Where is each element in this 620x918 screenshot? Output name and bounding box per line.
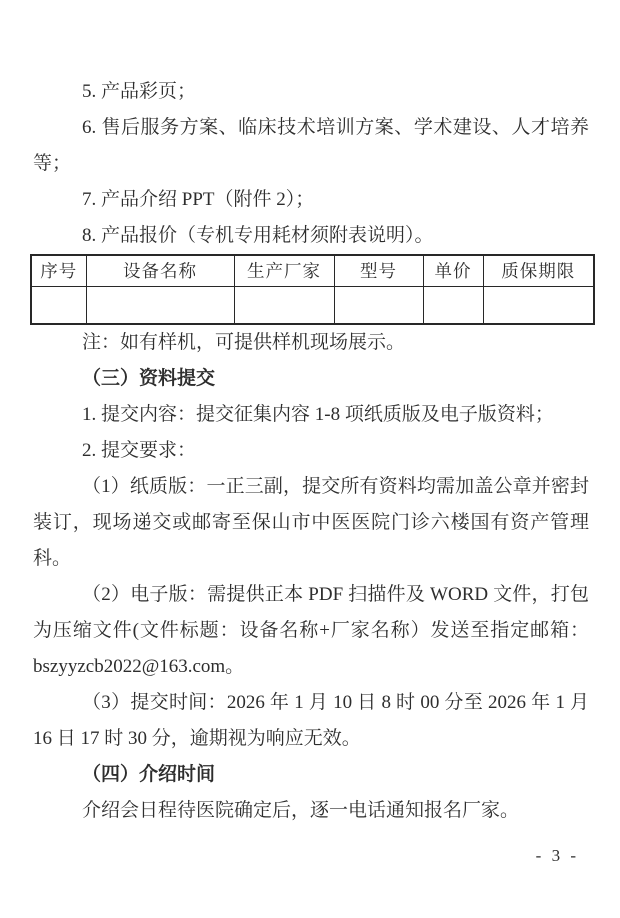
table-row [31,286,594,324]
table-cell-model [334,286,423,324]
table-cell-mfr [234,286,334,324]
sample-note: 注：如有样机，可提供样机现场展示。 [33,325,589,361]
section-3-para-2: 2. 提交要求： [33,433,589,469]
section-3-sub-2-electronic: （2）电子版：需提供正本 PDF 扫描件及 WORD 文件，打包为压缩文件(文件… [33,577,589,685]
table-header-name: 设备名称 [86,255,234,286]
table-header-price: 单价 [423,255,483,286]
table-header-model: 型号 [334,255,423,286]
table-header-mfr: 生产厂家 [234,255,334,286]
table-cell-price [423,286,483,324]
table-cell-seq [31,286,86,324]
list-item-6: 6. 售后服务方案、临床技术培训方案、学术建设、人才培养等； [33,110,589,182]
section-3-para-1: 1. 提交内容：提交征集内容 1-8 项纸质版及电子版资料； [33,397,589,433]
section-4-heading: （四）介绍时间 [33,757,589,793]
list-item-8: 8. 产品报价（专机专用耗材须附表说明）。 [33,218,589,254]
table-cell-warranty [483,286,594,324]
list-item-7: 7. 产品介绍 PPT（附件 2）； [33,182,589,218]
section-3-sub-1-paper: （1）纸质版：一正三副，提交所有资料均需加盖公章并密封装订，现场递交或邮寄至保山… [33,469,589,577]
table-header-seq: 序号 [31,255,86,286]
table-header-row: 序号 设备名称 生产厂家 型号 单价 质保期限 [31,255,594,286]
table-header-warranty: 质保期限 [483,255,594,286]
document-page: 5. 产品彩页； 6. 售后服务方案、临床技术培训方案、学术建设、人才培养等； … [0,0,620,918]
section-3-heading: （三）资料提交 [33,361,589,397]
quotation-table: 序号 设备名称 生产厂家 型号 单价 质保期限 [30,254,595,325]
table-cell-name [86,286,234,324]
section-3-sub-3-deadline: （3）提交时间：2026 年 1 月 10 日 8 时 00 分至 2026 年… [33,685,589,757]
section-4-para-1: 介绍会日程待医院确定后，逐一电话通知报名厂家。 [33,793,589,829]
page-number: - 3 - [536,845,579,867]
list-item-5: 5. 产品彩页； [33,74,589,110]
